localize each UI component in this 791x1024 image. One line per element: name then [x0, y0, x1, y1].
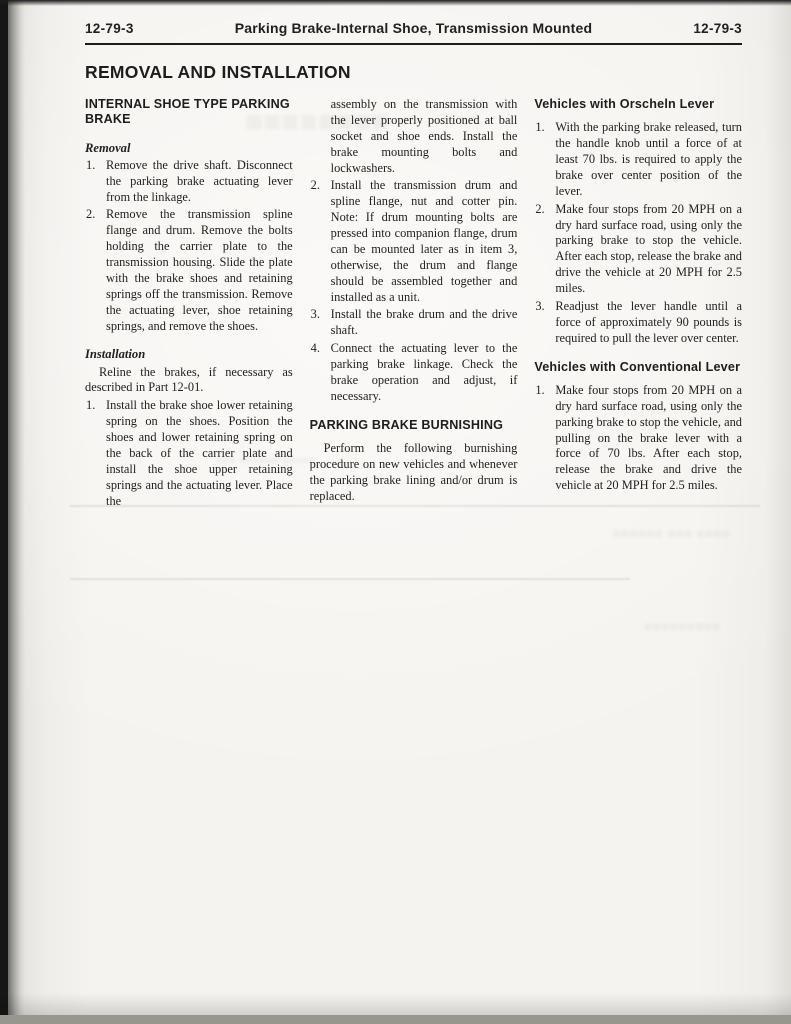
binding-edge: [0, 0, 8, 1024]
subsection-heading: Removal: [85, 140, 293, 156]
list-item: Remove the drive shaft. Disconnect the p…: [85, 158, 293, 206]
section-number-left: 12-79-3: [85, 21, 134, 36]
numbered-list: Make four stops from 20 MPH on a dry har…: [534, 383, 742, 494]
text-column: assembly on the transmission with the le…: [310, 97, 518, 511]
page-right-shadow: [765, 0, 791, 1024]
section-heading: PARKING BRAKE BURNISHING: [310, 418, 518, 433]
paragraph: Reline the brakes, if necessary as descr…: [85, 365, 293, 397]
list-item: Remove the transmission spline flange an…: [85, 207, 293, 334]
text-column: Vehicles with Orscheln LeverWith the par…: [534, 97, 742, 511]
subsection-heading: Installation: [85, 346, 293, 362]
section-number-right: 12-79-3: [693, 21, 742, 36]
text-column: INTERNAL SHOE TYPE PARKING BRAKERemovalR…: [85, 97, 293, 511]
page-header: 12-79-3 Parking Brake-Internal Shoe, Tra…: [85, 20, 742, 36]
page-bottom-shadow: [0, 993, 791, 1015]
list-item: Make four stops from 20 MPH on a dry har…: [534, 202, 742, 297]
scan-bottom-edge: [0, 1015, 791, 1024]
continued-paragraph: assembly on the transmission with the le…: [331, 97, 518, 176]
numbered-list: Remove the drive shaft. Disconnect the p…: [85, 158, 293, 335]
list-item: Readjust the lever handle until a force …: [534, 299, 742, 347]
list-item: With the parking brake released, turn th…: [534, 120, 742, 199]
list-item: Install the brake shoe lower retaining s…: [85, 398, 293, 509]
paragraph: Perform the following burnishing procedu…: [310, 441, 518, 505]
list-item: Install the brake drum and the drive sha…: [310, 307, 518, 339]
numbered-list: With the parking brake released, turn th…: [534, 120, 742, 346]
page-content: 12-79-3 Parking Brake-Internal Shoe, Tra…: [85, 20, 742, 511]
page-title: Parking Brake-Internal Shoe, Transmissio…: [134, 20, 694, 36]
main-heading: REMOVAL AND INSTALLATION: [85, 62, 742, 83]
section-heading: INTERNAL SHOE TYPE PARKING BRAKE: [85, 97, 293, 128]
numbered-list: Install the brake shoe lower retaining s…: [85, 398, 293, 509]
section-heading: Vehicles with Orscheln Lever: [534, 97, 742, 112]
section-heading: Vehicles with Conventional Lever: [534, 360, 742, 375]
list-item: Install the transmission drum and spline…: [310, 178, 518, 305]
columns: INTERNAL SHOE TYPE PARKING BRAKERemovalR…: [85, 97, 742, 511]
scanned-page: ■■■■■■■■ ■■■■ ■■■ ■■■■■■ ■■■■■■■■■ ■■■■■…: [0, 0, 791, 1024]
scan-top-edge: [0, 0, 791, 6]
list-item: Connect the actuating lever to the parki…: [310, 341, 518, 405]
list-item: Make four stops from 20 MPH on a dry har…: [534, 383, 742, 494]
binding-edge-shadow: [8, 0, 25, 1024]
header-rule: [85, 43, 742, 45]
numbered-list: Install the transmission drum and spline…: [310, 178, 518, 404]
